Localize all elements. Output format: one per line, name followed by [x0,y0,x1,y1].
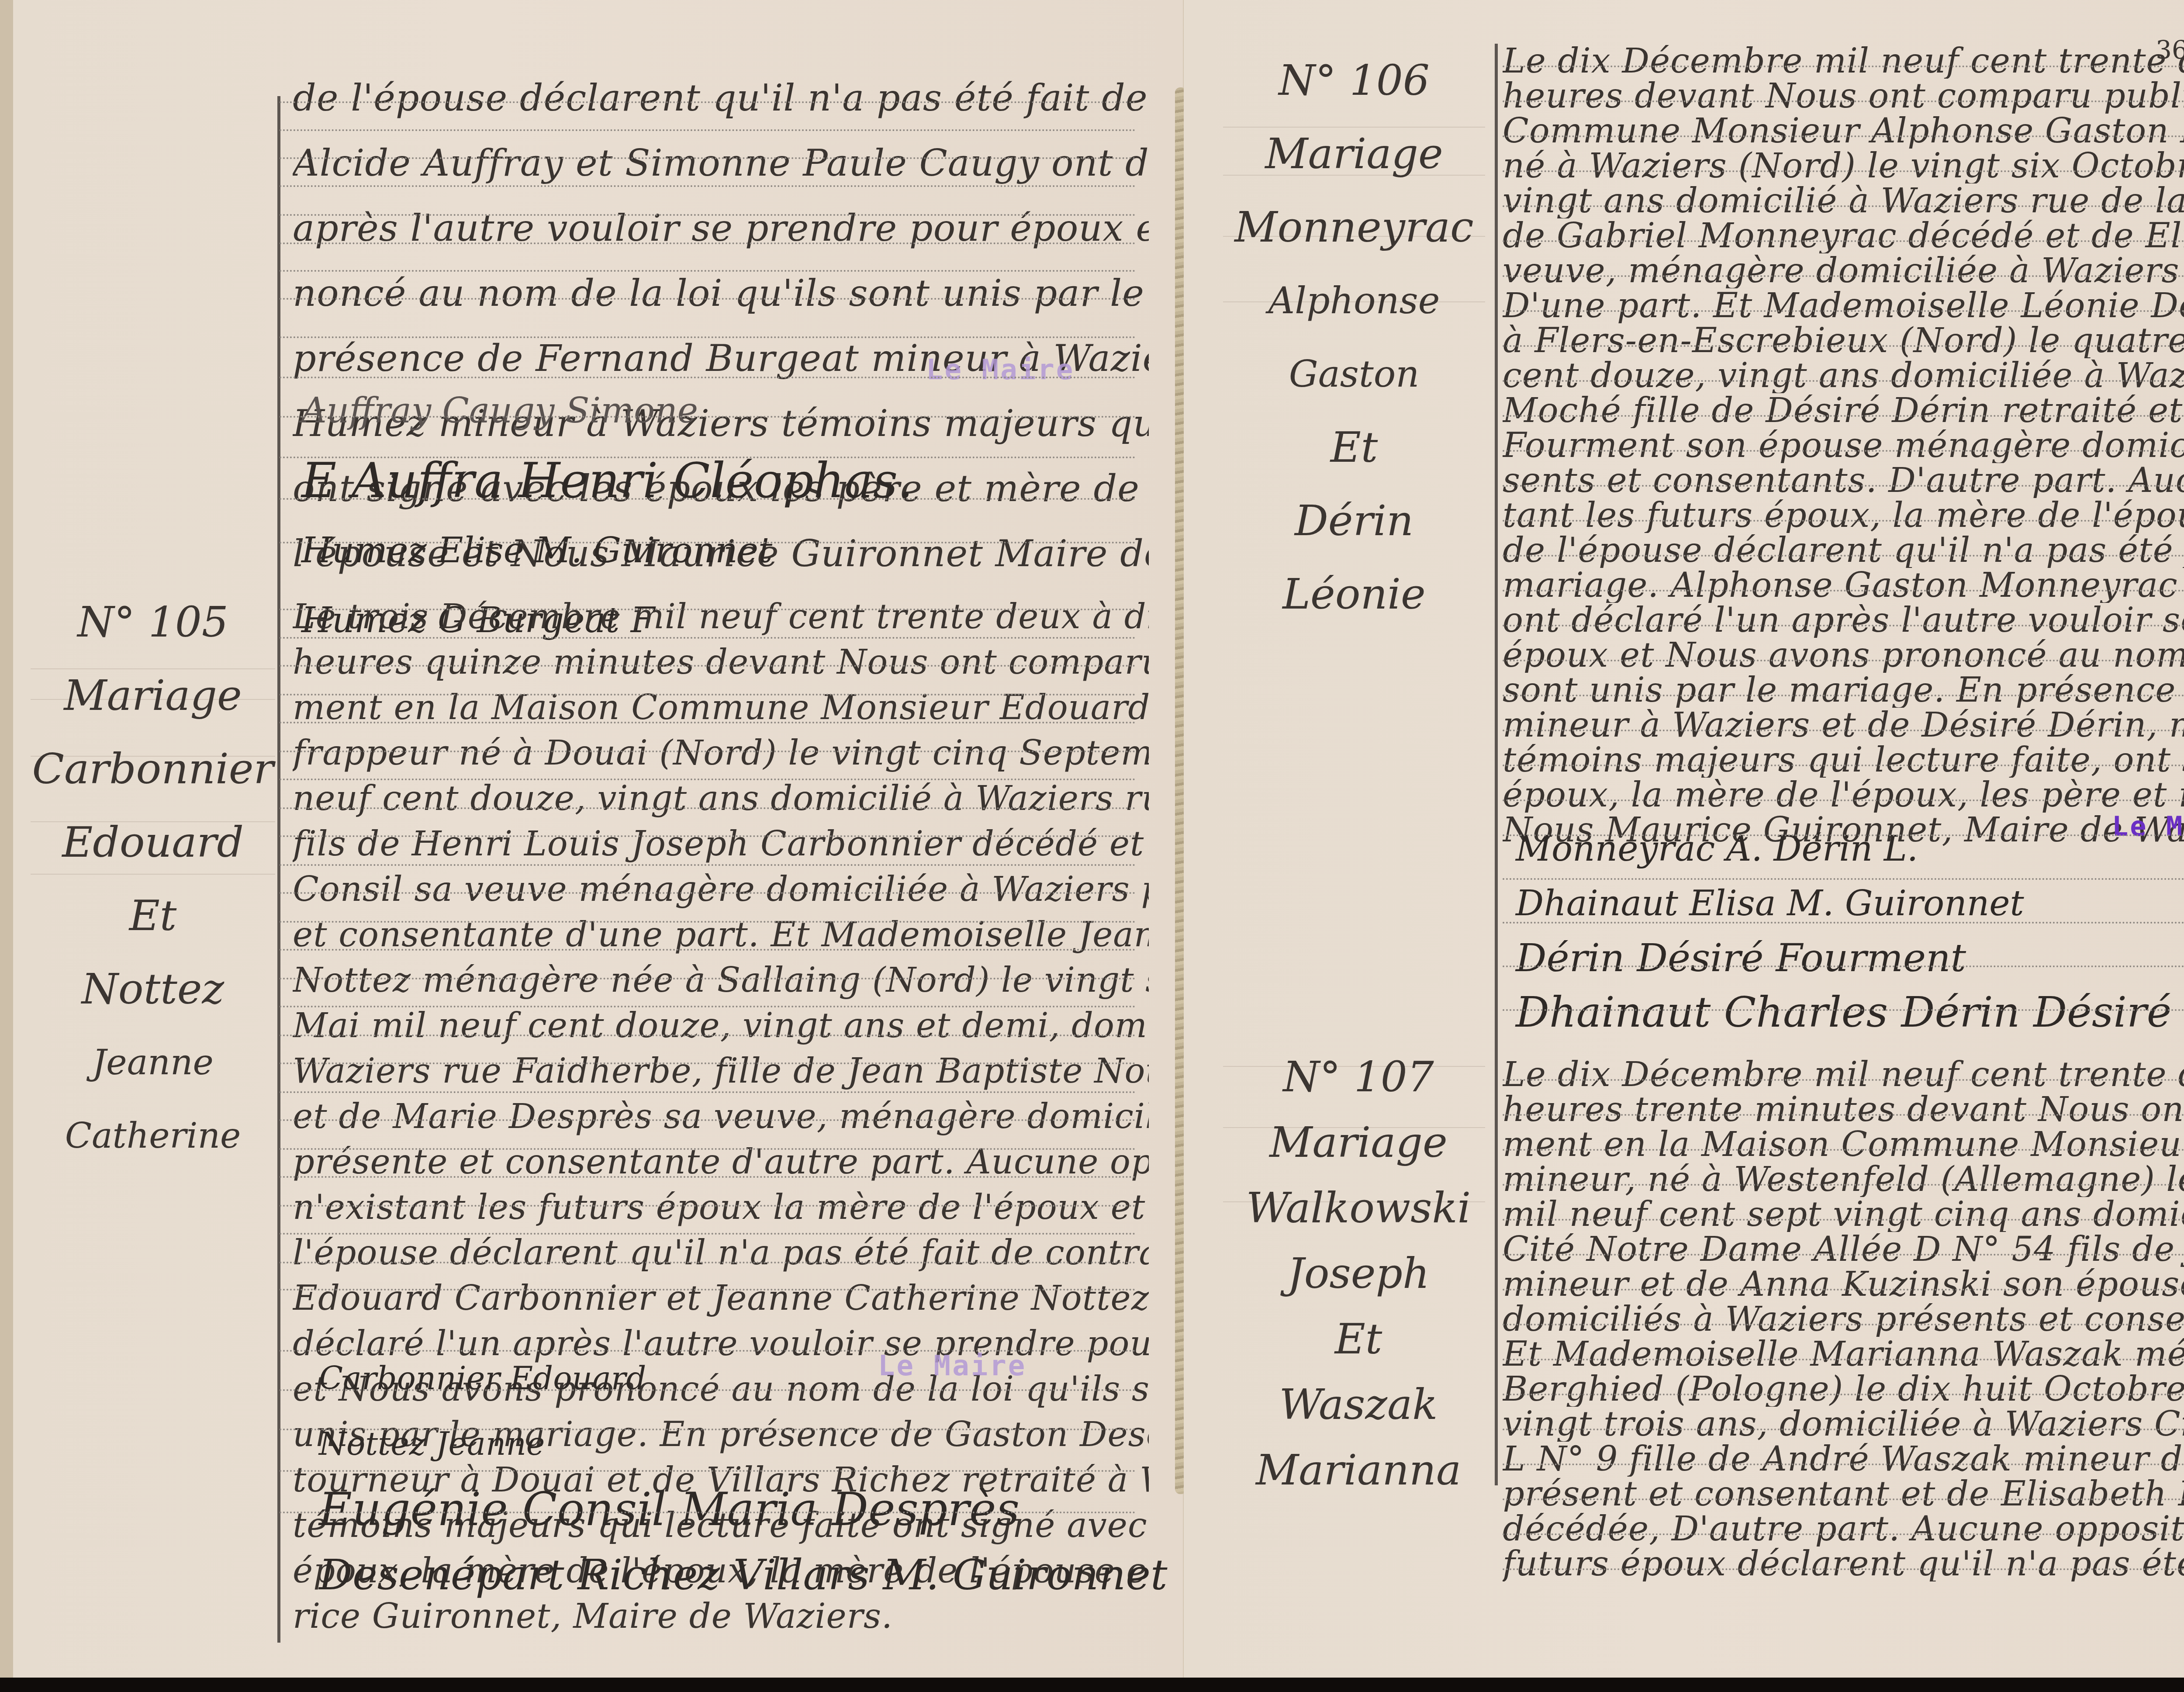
act-number: N° 106 [1219,44,1489,117]
right-ruled-lines [1503,0,2184,1678]
margin-title-line: Marianna [1223,1437,1494,1503]
margin-title-line: Et [26,879,280,952]
margin-title-line: Mariage [1223,1110,1494,1175]
act-106-margin-title: N° 106 Mariage Monneyrac Alphonse Gaston… [1219,44,1489,631]
act-105-margin-title: N° 105 Mariage Carbonnier Edouard Et Not… [26,585,280,1173]
margin-title-line: Alphonse Gaston [1219,264,1489,411]
margin-title-line: Joseph [1223,1241,1494,1306]
margin-title-line: Nottez [26,952,280,1026]
margin-title-line: Edouard [26,806,280,879]
margin-title-line: Jeanne Catherine [26,1026,280,1173]
margin-title-line: Waszak [1223,1372,1494,1437]
margin-title-line: Léonie [1219,557,1489,631]
margin-title-line: Walkowski [1223,1175,1494,1241]
margin-title-line: Monneyrac [1219,190,1489,264]
act-107-margin-title: N° 107 Mariage Walkowski Joseph Et Wasza… [1223,1044,1494,1503]
margin-title-line: Et [1219,411,1489,484]
act-number: N° 107 [1223,1044,1494,1110]
scan-bottom-edge [0,1678,2184,1692]
open-register-book: de l'épouse déclarent qu'il n'a pas été … [0,0,2184,1678]
left-ruled-lines [280,0,1136,1678]
right-margin-rule [1495,44,1498,1485]
margin-title-line: Carbonnier [26,732,280,806]
margin-title-line: Dérin [1219,484,1489,557]
margin-title-line: Et [1223,1306,1494,1372]
act-number: N° 105 [26,585,280,659]
margin-title-line: Mariage [26,659,280,732]
margin-title-line: Mariage [1219,117,1489,190]
